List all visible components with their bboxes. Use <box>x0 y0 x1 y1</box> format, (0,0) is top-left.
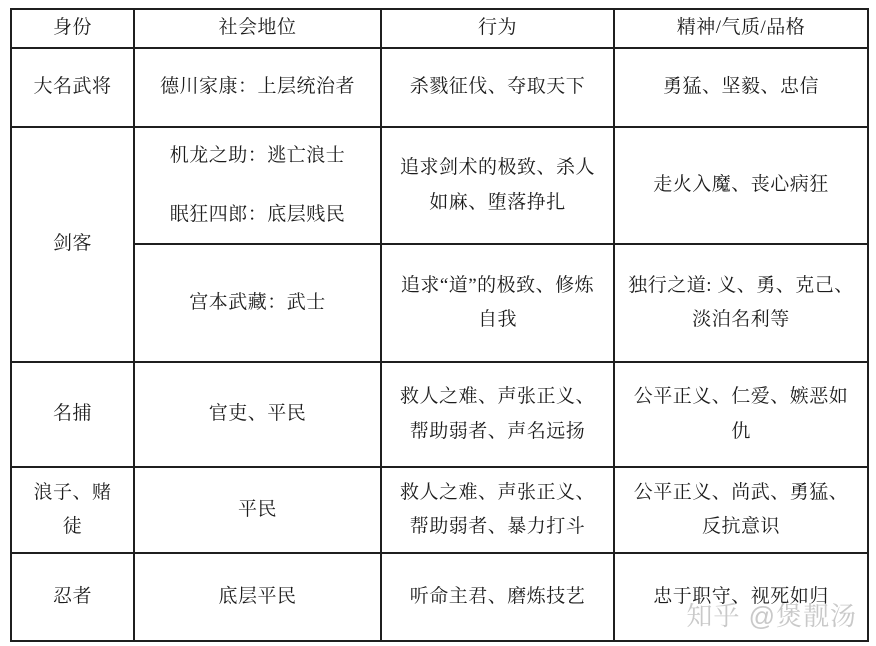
header-behavior: 行为 <box>381 9 614 48</box>
cell-drifter-behavior: 救人之难、声张正义、帮助弱者、暴力打斗 <box>381 467 614 553</box>
cell-constable-behavior: 救人之难、声张正义、帮助弱者、声名远扬 <box>381 362 614 467</box>
cell-daimyo-spirit: 勇猛、坚毅、忠信 <box>614 48 868 127</box>
header-spirit: 精神/气质/品格 <box>614 9 868 48</box>
row-drifter-gambler: 浪子、赌徒 平民 救人之难、声张正义、帮助弱者、暴力打斗 公平正义、尚武、勇猛、… <box>11 467 868 553</box>
cell-swordsman-fallen-status: 机龙之助：逃亡浪士 眠狂四郎：底层贱民 <box>134 127 381 244</box>
zhihu-watermark: 知乎 @煲靓汤 <box>686 596 857 633</box>
cell-swordsman-fallen-behavior: 追求剑术的极致、杀人如麻、堕落挣扎 <box>381 127 614 244</box>
cell-ninja-identity: 忍者 <box>11 553 134 641</box>
header-row: 身份 社会地位 行为 精神/气质/品格 <box>11 9 868 48</box>
cell-drifter-spirit: 公平正义、尚武、勇猛、反抗意识 <box>614 467 868 553</box>
cell-constable-spirit: 公平正义、仁爱、嫉恶如仇 <box>614 362 868 467</box>
cell-swordsman-fallen-spirit: 走火入魔、丧心病狂 <box>614 127 868 244</box>
cell-musashi-spirit: 独行之道: 义、勇、克己、淡泊名利等 <box>614 244 868 362</box>
row-daimyo: 大名武将 德川家康：上层统治者 杀戮征伐、夺取天下 勇猛、坚毅、忠信 <box>11 48 868 127</box>
character-archetype-table: 身份 社会地位 行为 精神/气质/品格 大名武将 德川家康：上层统治者 杀戮征伐… <box>10 8 869 642</box>
header-identity: 身份 <box>11 9 134 48</box>
cell-constable-identity: 名捕 <box>11 362 134 467</box>
cell-constable-status: 官吏、平民 <box>134 362 381 467</box>
cell-drifter-status: 平民 <box>134 467 381 553</box>
cell-daimyo-status: 德川家康：上层统治者 <box>134 48 381 127</box>
status-line-ryunosuke: 机龙之助：逃亡浪士 <box>149 139 366 173</box>
cell-musashi-status: 宫本武藏：武士 <box>134 244 381 362</box>
cell-ninja-behavior: 听命主君、磨炼技艺 <box>381 553 614 641</box>
row-swordsman-musashi: 宫本武藏：武士 追求“道”的极致、修炼自我 独行之道: 义、勇、克己、淡泊名利等 <box>11 244 868 362</box>
cell-swordsman-identity: 剑客 <box>11 127 134 362</box>
cell-musashi-behavior: 追求“道”的极致、修炼自我 <box>381 244 614 362</box>
cell-drifter-identity: 浪子、赌徒 <box>11 467 134 553</box>
cell-daimyo-identity: 大名武将 <box>11 48 134 127</box>
row-swordsman-fallen: 剑客 机龙之助：逃亡浪士 眠狂四郎：底层贱民 追求剑术的极致、杀人如麻、堕落挣扎… <box>11 127 868 244</box>
cell-daimyo-behavior: 杀戮征伐、夺取天下 <box>381 48 614 127</box>
row-constable: 名捕 官吏、平民 救人之难、声张正义、帮助弱者、声名远扬 公平正义、仁爱、嫉恶如… <box>11 362 868 467</box>
cell-ninja-status: 底层平民 <box>134 553 381 641</box>
header-social-status: 社会地位 <box>134 9 381 48</box>
status-line-kyoshiro: 眠狂四郎：底层贱民 <box>149 198 366 232</box>
status-line-group: 机龙之助：逃亡浪士 眠狂四郎：底层贱民 <box>149 139 366 231</box>
